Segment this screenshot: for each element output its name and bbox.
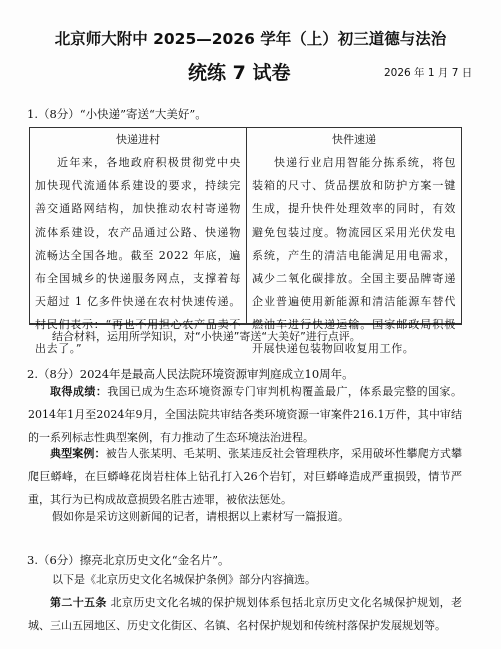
table-column-village-delivery: 快递进村 近年来，各地政府积极贯彻党中央加快现代流通体系建设的要求，持续完善交通… [30,128,247,323]
exam-subtitle: 统练 7 试卷 [188,58,290,85]
question-1-heading: 1.（8分）“小快递”寄送“大美好”。 [27,106,207,122]
question-2-achievement: 取得成绩：我国已成为生态环境资源专门审判机构覆盖最广，体系最完整的国家。2014… [28,380,462,449]
paragraph-lead: 典型案例： [50,447,106,460]
question-1-material-table: 快递进村 近年来，各地政府积极贯彻党中央加快现代流通体系建设的要求，持续完善交通… [29,127,462,325]
question-3-article: 第二十五条 北京历史文化名城的保护规划体系包括北京历史文化名城保护规划，老城、三… [28,591,462,637]
question-3-intro: 以下是《北京历史文化名城保护条例》部分内容摘选。 [52,568,482,591]
table-column-express-delivery: 快件速递 快递行业启用智能分拣系统，将包装箱的尺寸、货品摆放和防护方案一键生成，… [247,128,461,323]
exam-date: 2026 年 1 月 7 日 [384,65,472,80]
article-lead: 第二十五条 [50,596,107,609]
column-title: 快递进村 [35,129,241,151]
question-1-prompt: 结合材料，运用所学知识，对“小快递”寄送“大美好”进行点评。 [52,325,482,348]
question-3-heading: 3.（6分）擦亮北京历史文化“金名片”。 [27,552,230,568]
question-2-case: 典型案例：被告人张某明、毛某明、张某违反社会管理秩序，采用破坏性攀爬方式攀爬巨蟒… [28,442,462,511]
exam-title: 北京师大附中 2025—2026 学年（上）初三道德与法治 [0,27,501,49]
paragraph-lead: 取得成绩： [50,385,107,398]
column-title: 快件速递 [252,129,456,151]
question-2-prompt: 假如你是采访这则新闻的记者，请根据以上素材写一篇报道。 [52,505,482,528]
